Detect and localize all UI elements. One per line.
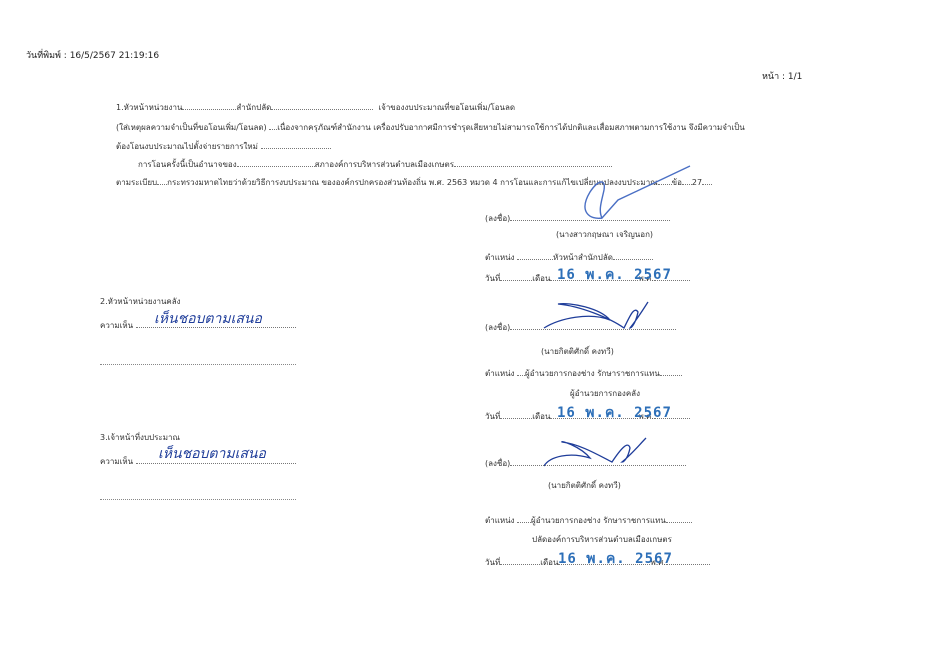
opinion-blank-line-3 (100, 499, 296, 500)
signer3-position-row: ตำแหน่ง ผู้อำนวยการกองช่าง รักษาราชการแท… (485, 514, 692, 526)
reason-text-cont: ต้องโอนงบประมาณไปตั้งจ่ายรายการใหม่ (116, 142, 258, 151)
authority-label: การโอนครั้งนี้เป็นอำนาจของ (138, 160, 237, 169)
reason-label: (ใส่เหตุผลความจำเป็นที่ขอโอนเพิ่ม/โอนลด) (116, 123, 267, 132)
signer3-position-line2: ปลัดองค์การบริหารส่วนตำบลเมืองเกษตร (532, 535, 672, 545)
signer2-position: ผู้อำนวยการกองช่าง รักษาราชการแทน (525, 369, 660, 378)
signer3-sign-row: (ลงชื่อ) (485, 457, 686, 469)
position-label: ตำแหน่ง (485, 516, 515, 525)
opinion-blank-line-2 (100, 364, 296, 365)
signer1-position-row: ตำแหน่ง หัวหน้าสำนักปลัด (485, 251, 653, 263)
date-stamp-3: 16 พ.ค. 2567 (558, 548, 673, 570)
position-label: ตำแหน่ง (485, 369, 515, 378)
section1-line4: การโอนครั้งนี้เป็นอำนาจของสภาองค์การบริห… (138, 158, 612, 170)
signer2-name: (นายกิตติศักดิ์ คงทวี) (541, 347, 614, 357)
signer1-sign-row: (ลงชื่อ) (485, 212, 670, 224)
date-stamp-1: 16 พ.ค. 2567 (557, 264, 672, 286)
section1-line2: (ใส่เหตุผลความจำเป็นที่ขอโอนเพิ่ม/โอนลด)… (116, 121, 745, 133)
unit-name: สำนักปลัด (236, 103, 271, 112)
section3-title: 3.เจ้าหน้าที่งบประมาณ (100, 433, 180, 443)
reason-text: เนื่องจากครุภัณฑ์สำนักงาน เครื่องปรับอาก… (277, 123, 745, 132)
opinion-handwriting-2: เห็นชอบตามเสนอ (154, 308, 262, 330)
signer1-name: (นางสาวกฤษณา เจริญนอก) (556, 230, 653, 240)
sign-label: (ลงชื่อ) (485, 459, 510, 468)
date-stamp-2: 16 พ.ค. 2567 (557, 402, 672, 424)
section1-label: 1.หัวหน้าหน่วยงาน (116, 103, 182, 112)
budget-owner-text: เจ้าของงบประมาณที่ขอโอนเพิ่ม/โอนลด (378, 103, 515, 112)
section1-line3: ต้องโอนงบประมาณไปตั้งจ่ายรายการใหม่ (116, 140, 331, 152)
print-date: วันที่พิมพ์ : 16/5/2567 21:19:16 (26, 51, 159, 61)
date-label: วันที่ (485, 274, 500, 283)
opinion-label: ความเห็น (100, 457, 133, 466)
month-label: เดือน (540, 558, 558, 567)
sign-label: (ลงชื่อ) (485, 323, 510, 332)
signer3-name: (นายกิตติศักดิ์ คงทวี) (548, 481, 621, 491)
sign-label: (ลงชื่อ) (485, 214, 510, 223)
regulation-label: ตามระเบียบ (116, 178, 157, 187)
section2-title: 2.หัวหน้าหน่วยงานคลัง (100, 297, 181, 307)
signer2-position-row: ตำแหน่ง ผู้อำนวยการกองช่าง รักษาราชการแท… (485, 367, 682, 379)
page-number: หน้า : 1/1 (762, 72, 802, 82)
month-label: เดือน (532, 274, 550, 283)
opinion-handwriting-3: เห็นชอบตามเสนอ (158, 443, 266, 465)
signer1-position: หัวหน้าสำนักปลัด (553, 253, 613, 262)
date-label: วันที่ (485, 412, 500, 421)
signer3-position: ผู้อำนวยการกองช่าง รักษาราชการแทน (531, 516, 666, 525)
date-label: วันที่ (485, 558, 500, 567)
position-label: ตำแหน่ง (485, 253, 515, 262)
signer2-sign-row: (ลงชื่อ) (485, 321, 676, 333)
authority-name: สภาองค์การบริหารส่วนตำบลเมืองเกษตร (315, 160, 454, 169)
opinion-label: ความเห็น (100, 321, 133, 330)
month-label: เดือน (532, 412, 550, 421)
signer2-position-line2: ผู้อำนวยการกองคลัง (570, 389, 640, 399)
section1-line1: 1.หัวหน้าหน่วยงานสำนักปลัด เจ้าของงบประม… (116, 101, 515, 113)
